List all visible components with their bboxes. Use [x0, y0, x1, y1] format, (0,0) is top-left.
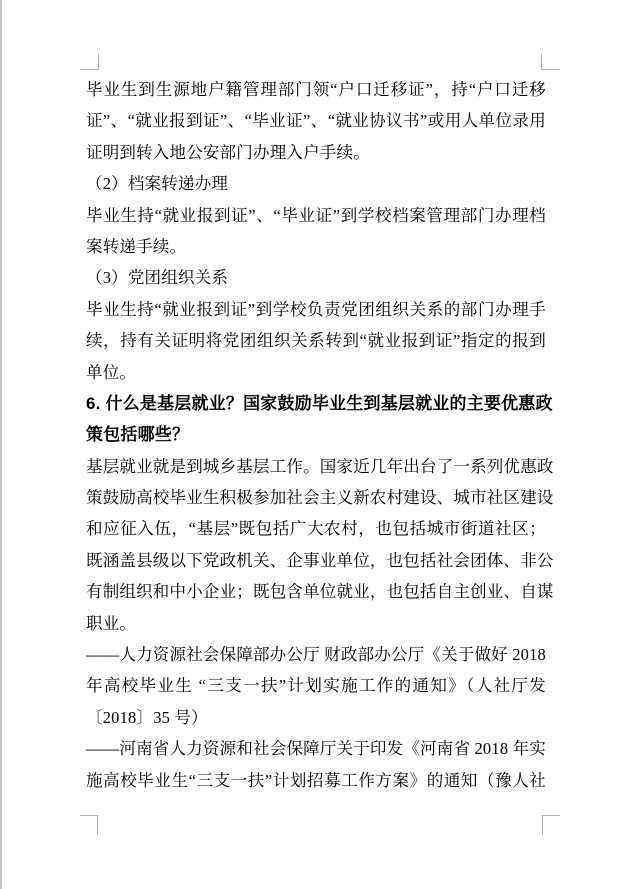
text-line: 证”、“就业报到证”、“毕业证”、“就业协议书”或用人单位录用 — [86, 105, 546, 136]
text-line: 毕业生到生源地户籍管理部门领“户口迁移证”，持“户口迁移 — [86, 74, 546, 105]
text-line: 毕业生持“就业报到证”到学校负责党团组织关系的部门办理手 — [86, 294, 546, 325]
text-line: 毕业生持“就业报到证”、“毕业证”到学校档案管理部门办理档 — [86, 200, 546, 231]
text-line: 职业。 — [86, 608, 546, 639]
text-line: 案转递手续。 — [86, 231, 546, 262]
text-line: 有制组织和中小企业；既包含单位就业，也包括自主创业、自谋 — [86, 576, 546, 607]
text-line: 证明到转入地公安部门办理入户手续。 — [86, 137, 546, 168]
text-boundary-mark-bottom-right — [542, 815, 560, 835]
document-text-area: 毕业生到生源地户籍管理部门领“户口迁移证”，持“户口迁移 证”、“就业报到证”、… — [86, 74, 546, 796]
text-line: （3）党团组织关系 — [86, 262, 546, 293]
text-boundary-mark-top-right — [541, 54, 560, 70]
citation-line: 施高校毕业生“三支一扶”计划招募工作方案》的通知（豫人社 — [86, 765, 546, 796]
text-line: 基层就业就是到城乡基层工作。国家近几年出台了一系列优惠政 — [86, 451, 546, 482]
text-line: 续，持有关证明将党团组织关系转到“就业报到证”指定的报到 — [86, 325, 546, 356]
document-page: 毕业生到生源地户籍管理部门领“户口迁移证”，持“户口迁移 证”、“就业报到证”、… — [0, 0, 636, 889]
heading-line: 6. 什么是基层就业？国家鼓励毕业生到基层就业的主要优惠政 — [86, 388, 546, 419]
text-line: （2）档案转递办理 — [86, 168, 546, 199]
citation-line: ——人力资源社会保障部办公厅 财政部办公厅《关于做好 2018 — [86, 639, 546, 670]
text-boundary-mark-top-left — [80, 54, 99, 70]
heading-line: 策包括哪些？ — [86, 419, 546, 450]
text-line: 既涵盖县级以下党政机关、企事业单位，也包括社会团体、非公 — [86, 545, 546, 576]
citation-line: ——河南省人力资源和社会保障厅关于印发《河南省 2018 年实 — [86, 733, 546, 764]
text-line: 单位。 — [86, 357, 546, 388]
text-boundary-mark-bottom-left — [80, 815, 98, 835]
text-line: 策鼓励高校毕业生积极参加社会主义新农村建设、城市社区建设 — [86, 482, 546, 513]
citation-line: 年高校毕业生 “三支一扶”计划实施工作的通知》（人社厅发 — [86, 670, 546, 701]
text-line: 和应征入伍，“基层”既包括广大农村，也包括城市街道社区； — [86, 513, 546, 544]
page-left-edge-line — [0, 0, 2, 889]
citation-line: 〔2018〕35 号） — [86, 702, 546, 733]
